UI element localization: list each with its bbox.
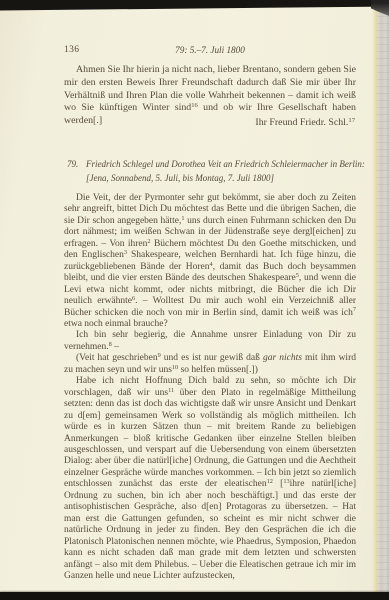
previous-letter-signature: Ihr Freund Friedr. Schl.17 [255, 117, 355, 128]
letter-number: 79. [67, 158, 86, 186]
book-page-edges [377, 10, 389, 592]
letter-paragraph-1: Die Veit, der der Pyrmonter sehr gut bek… [64, 193, 356, 330]
letter-paragraph-4: Habe ich nicht Hoffnung Dich bald zu seh… [64, 376, 356, 582]
letter-paragraph-2: Ich bin sehr begierig, die Annahme unsre… [64, 330, 356, 353]
scanned-book-page: 136 79: 5.–7. Juli 1800 Ahmen Sie Ihr hi… [0, 0, 389, 600]
letter-paragraph-3: (Veit hat geschrieben9 und es ist nur ge… [64, 353, 356, 376]
running-head: 136 79: 5.–7. Juli 1800 [64, 45, 356, 58]
letter-heading: 79. Friedrich Schlegel und Dorothea Veit… [67, 158, 359, 186]
letter-heading-line2: [Jena, Sonnabend, 5. Juli, bis Montag, 7… [86, 173, 274, 183]
running-title: 79: 5.–7. Juli 1800 [64, 45, 356, 55]
letter-body: Die Veit, der der Pyrmonter sehr gut bek… [64, 193, 356, 582]
letter-heading-text: Friedrich Schlegel und Dorothea Veit an … [86, 158, 365, 186]
letter-heading-line1: Friedrich Schlegel und Dorothea Veit an … [86, 159, 365, 169]
scan-border-bottom [0, 592, 389, 600]
